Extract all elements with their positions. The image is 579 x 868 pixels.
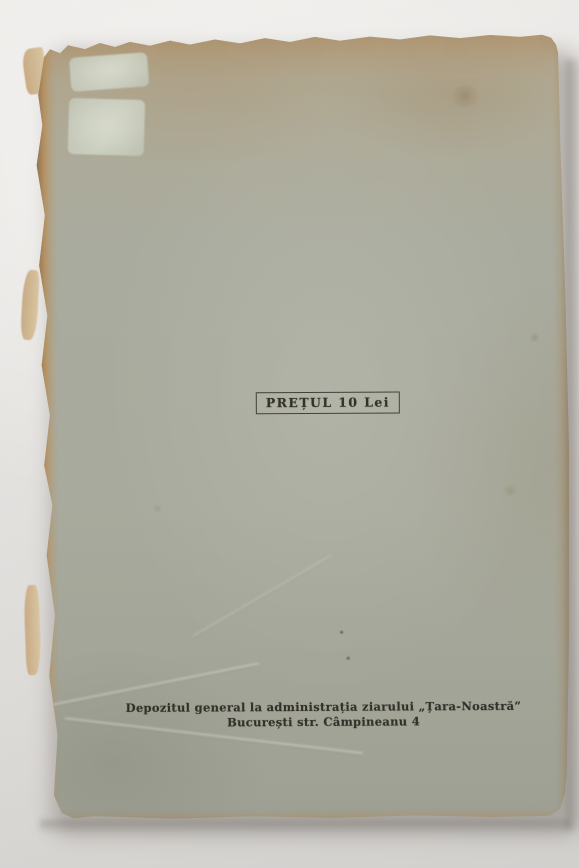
- ink-speck: [345, 656, 351, 661]
- foxing-stain: [502, 485, 518, 497]
- ink-speck: [339, 630, 344, 635]
- crease-line: [193, 554, 333, 638]
- torn-page-fragment: [20, 270, 40, 341]
- backdrop-shadow-bottom: [40, 820, 570, 834]
- foxing-stain: [152, 505, 162, 513]
- imprint-line-1: Depozitul general la administrația ziaru…: [113, 699, 533, 716]
- price-box: PREȚUL 10 Lei: [256, 391, 400, 414]
- price-label: PREȚUL 10 Lei: [266, 395, 390, 411]
- tape-residue-patch: [68, 98, 146, 156]
- imprint-line-2: București str. Câmpineanu 4: [114, 714, 534, 731]
- photo-backdrop: PREȚUL 10 Lei Depozitul general la admin…: [0, 0, 579, 868]
- book-back-cover: PREȚUL 10 Lei Depozitul general la admin…: [30, 33, 572, 824]
- foxing-stain: [529, 333, 541, 343]
- foxing-stain: [448, 85, 482, 107]
- backdrop-shadow-right: [566, 60, 579, 830]
- publisher-imprint: Depozitul general la administrația ziaru…: [113, 699, 533, 731]
- torn-page-fragment: [23, 585, 41, 675]
- tape-residue-patch: [69, 52, 149, 92]
